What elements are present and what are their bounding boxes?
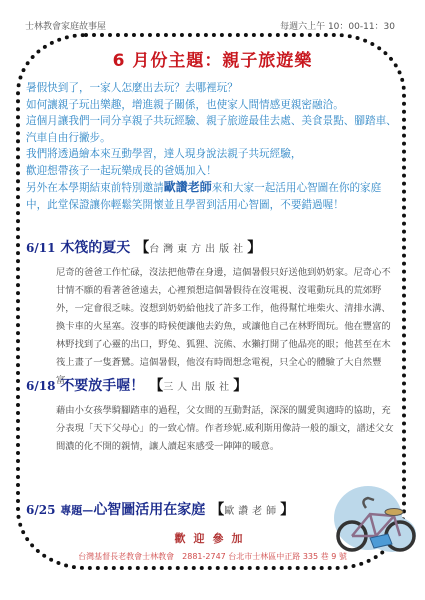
session-description: 藉由小女孩學騎腳踏車的過程，父女間的互動對話，深深的關愛與適時的協助，充分表現「… xyxy=(56,402,396,456)
page-title: 6 月份主題：親子旅遊樂 xyxy=(0,46,425,71)
intro-special: 另外在本學期結束前特別邀請歐讚老師來和大家一起活用心智圖在你的家庭中，此堂保證讓… xyxy=(26,179,401,213)
session-0611: 6/11 木筏的夏天 【台灣東方出版社】 尼奇的爸爸工作忙碌，沒法把他帶在身邊，… xyxy=(26,238,401,390)
session-date: 6/18 xyxy=(26,379,55,393)
bicycle-illustration-icon xyxy=(330,478,420,558)
session-publisher: 三人出版社 xyxy=(163,382,233,393)
session-title: 木筏的夏天 xyxy=(60,240,130,256)
session-heading: 6/11 木筏的夏天 【台灣東方出版社】 xyxy=(26,238,401,260)
session-title: 不要放手喔！ xyxy=(60,378,144,394)
schedule: 每週六上午 10：00-11：30 xyxy=(280,19,395,33)
intro-line: 暑假快到了，一家人怎麼出去玩？去哪裡玩？ xyxy=(26,80,401,97)
intro-text: 暑假快到了，一家人怎麼出去玩？去哪裡玩？ 如何讓親子玩出樂趣，增進親子關係，也使… xyxy=(26,80,401,213)
session-prefix: 專題— xyxy=(60,504,93,517)
org-name: 士林教會家庭故事屋 xyxy=(25,19,106,33)
session-publisher: 歐讚老師 xyxy=(224,506,280,517)
intro-line: 這個月讓我們一同分享親子共玩經驗、親子旅遊最佳去處、美食景點、腳踏車、汽車自由行… xyxy=(26,113,401,146)
session-publisher: 台灣東方出版社 xyxy=(149,244,247,255)
session-date: 6/25 xyxy=(26,503,55,517)
session-description: 尼奇的爸爸工作忙碌，沒法把他帶在身邊，這個暑假只好送他到奶奶家。尼奇心不甘情不願… xyxy=(56,264,396,390)
session-0618: 6/18 不要放手喔！ 【三人出版社】 藉由小女孩學騎腳踏車的過程，父女間的互動… xyxy=(26,376,401,456)
intro-line: 我們將透過繪本來互動學習，達人現身說法親子共玩經驗， xyxy=(26,146,401,163)
header-bar: 士林教會家庭故事屋 每週六上午 10：00-11：30 xyxy=(25,19,395,33)
intro-line: 歡迎想帶孩子一起玩樂成長的爸媽加入！ xyxy=(26,163,401,180)
special-prefix: 另外在本學期結束前特別邀請 xyxy=(26,182,164,194)
session-heading: 6/18 不要放手喔！ 【三人出版社】 xyxy=(26,376,401,398)
guest-teacher: 歐讚老師 xyxy=(164,180,212,194)
session-date: 6/11 xyxy=(26,241,55,255)
intro-line: 如何讓親子玩出樂趣，增進親子關係，也使家人間情感更親密融洽。 xyxy=(26,97,401,114)
session-title: 心智圖活用在家庭 xyxy=(93,502,205,518)
